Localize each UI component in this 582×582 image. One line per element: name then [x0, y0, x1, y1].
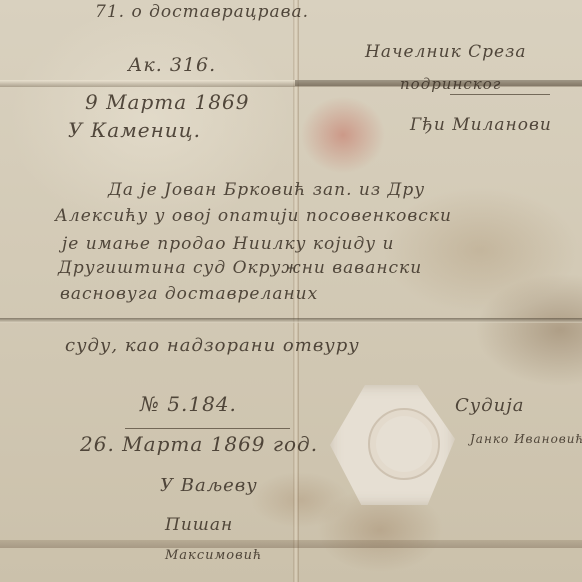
place-line: У Камениц. — [68, 118, 201, 142]
body-line-5: васновуга доставреланих — [60, 284, 318, 304]
seal-emblem-icon — [368, 408, 440, 480]
right-signature-line-2: Јанко Ивановић — [470, 432, 582, 446]
registry-underline — [125, 428, 290, 429]
document-page: 71. о доставрацрава. Ак. 316. 9 Марта 18… — [0, 0, 582, 582]
footer-date-line: 26. Марта 1869 год. — [80, 432, 318, 456]
addressee-name: Гђи Миланови — [410, 115, 552, 135]
horizontal-fold-line-middle — [0, 318, 582, 323]
date-line: 9 Марта 1869 — [85, 90, 249, 114]
subject-line: 71. о доставрацрава. — [95, 2, 309, 22]
signature-line-1: Пишан — [165, 515, 233, 535]
body-line-2: Алексићу у овој опатији посовенковски — [55, 206, 452, 226]
reference-number: Ак. 316. — [128, 54, 216, 76]
registry-number: № 5.184. — [140, 392, 237, 416]
body-line-4: Другиштина суд Окружни вавански — [58, 258, 422, 278]
horizontal-fold-line-bottom — [0, 540, 582, 548]
addressee-underline — [450, 94, 550, 95]
body-line-1: Да је Јован Брковић зап. из Дру — [108, 180, 425, 200]
body-line-6: суду, као надзорани отвуру — [65, 335, 360, 356]
footer-place-line: У Ваљеву — [160, 475, 258, 496]
right-signature-line-1: Судија — [455, 395, 525, 416]
addressee-line-2: подринског — [400, 75, 501, 93]
signature-line-2: Максимовић — [165, 548, 262, 563]
addressee-line-1: Начелник Среза — [365, 42, 526, 62]
body-line-3: је имање продао Ниилку којиду и — [62, 234, 394, 254]
